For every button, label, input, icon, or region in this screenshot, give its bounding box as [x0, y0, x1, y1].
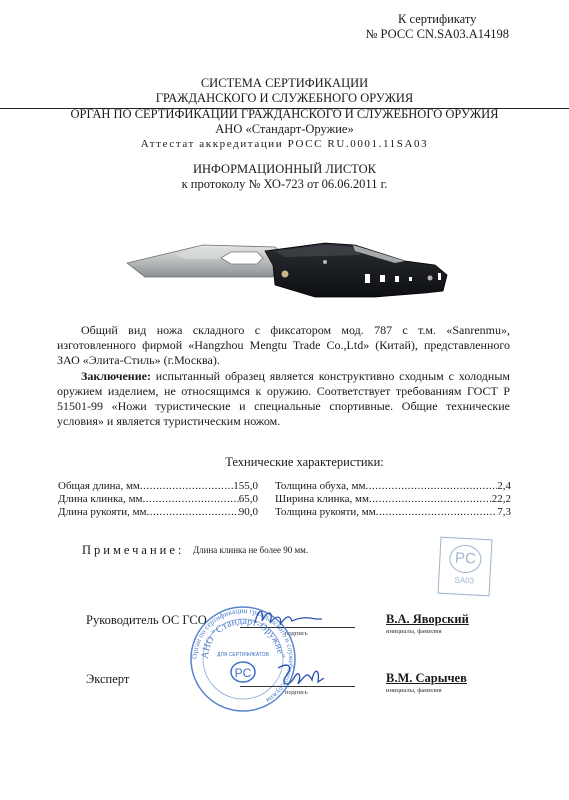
spec-row: Толщина рукояти, мм7,3: [275, 506, 511, 519]
stamp-code: SA03: [439, 575, 489, 587]
note-label: Примечание:: [82, 543, 184, 558]
name-caption: инициалы, фамилия: [386, 628, 442, 635]
role-expert: Эксперт: [86, 672, 129, 687]
pivot-screw: [282, 271, 289, 278]
reference-line-1: К сертификату: [365, 12, 509, 27]
note-text: Длина клинка не более 90 мм.: [193, 545, 308, 555]
specs-title: Технические характеристики:: [20, 455, 569, 470]
signature-expert-scribble: [268, 660, 328, 694]
document-title: ИНФОРМАЦИОННЫЙ ЛИСТОК: [0, 162, 569, 177]
specs-right-column: Толщина обуха, мм2,4 Ширина клинка, мм22…: [275, 480, 511, 519]
pc-mark-icon: PC: [449, 544, 482, 574]
accreditation-line: Аттестат аккредитации РОСС RU.0001.11SA0…: [0, 137, 569, 152]
certification-system-header: СИСТЕМА СЕРТИФИКАЦИИ ГРАЖДАНСКОГО И СЛУЖ…: [0, 76, 569, 109]
name-caption: инициалы, фамилия: [386, 687, 442, 694]
reference-line-2: № РОСС CN.SA03.A14198: [365, 27, 509, 42]
spec-row: Общая длина, мм155,0: [58, 480, 258, 493]
organ-header: ОРГАН ПО СЕРТИФИКАЦИИ ГРАЖДАНСКОГО И СЛУ…: [0, 107, 569, 152]
organization-name: АНО «Стандарт-Оружие»: [0, 122, 569, 137]
spec-row: Длина клинка, мм65,0: [58, 493, 258, 506]
head-name: В.А. Яворский: [386, 612, 469, 627]
expert-name: В.М. Сарычев: [386, 671, 467, 686]
spec-row: Длина рукояти, мм90,0: [58, 506, 258, 519]
knife-description: Общий вид ножа складного с фиксатором мо…: [57, 323, 510, 369]
certificate-reference: К сертификату № РОСС CN.SA03.A14198: [365, 12, 509, 42]
seal-center-top: ДЛЯ СЕРТИФИКАТОВ: [217, 652, 269, 658]
system-line-1: СИСТЕМА СЕРТИФИКАЦИИ: [0, 76, 569, 91]
corner-certification-stamp: PC SA03: [438, 537, 493, 597]
thumb-hole: [221, 252, 263, 264]
conclusion: Заключение: испытанный образец является …: [57, 369, 510, 430]
organ-title: ОРГАН ПО СЕРТИФИКАЦИИ ГРАЖДАНСКОГО И СЛУ…: [0, 107, 569, 122]
description-block: Общий вид ножа складного с фиксатором мо…: [57, 323, 510, 429]
document-title-block: ИНФОРМАЦИОННЫЙ ЛИСТОК к протоколу № ХО-7…: [0, 162, 569, 192]
spec-row: Толщина обуха, мм2,4: [275, 480, 511, 493]
seal-pc-mark-icon: PC: [235, 666, 252, 680]
signature-head-scribble: [250, 603, 330, 633]
handle-hole: [365, 274, 370, 283]
conclusion-label: Заключение:: [81, 369, 151, 383]
protocol-reference: к протоколу № ХО-723 от 06.06.2011 г.: [0, 177, 569, 192]
specs-left-column: Общая длина, мм155,0 Длина клинка, мм65,…: [58, 480, 258, 519]
knife-photo: [125, 225, 470, 305]
spec-row: Ширина клинка, мм22,2: [275, 493, 511, 506]
